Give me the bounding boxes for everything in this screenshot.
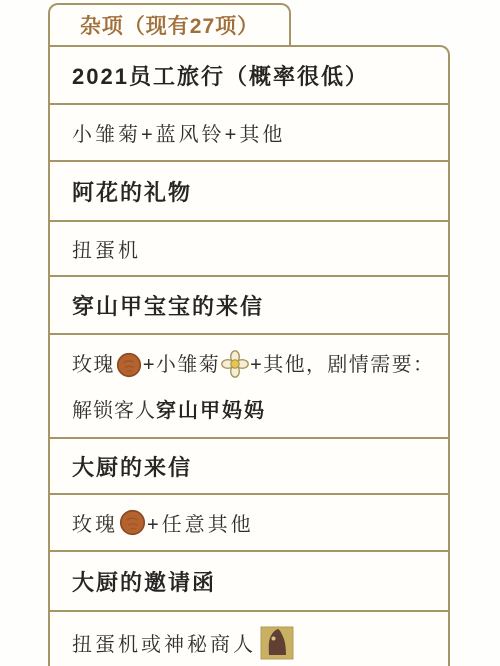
table-row: 扭蛋机	[50, 222, 448, 277]
table-row: 大厨的来信	[50, 439, 448, 495]
table-row: 玫瑰+小雏菊+其他，剧情需要：解锁客人穿山甲妈妈	[50, 335, 448, 439]
row-text: +任意其他	[147, 508, 254, 537]
table-row: 阿花的礼物	[50, 162, 448, 222]
items-table: 2021员工旅行（概率很低） 小雏菊+蓝风铃+其他 阿花的礼物 扭蛋机 穿山甲宝…	[48, 45, 450, 666]
daisy-icon	[221, 350, 249, 378]
row-text: 玫瑰	[72, 508, 118, 537]
table-row: 大厨的邀请函	[50, 552, 448, 612]
table-row: 2021员工旅行（概率很低）	[50, 47, 448, 105]
row-title: 大厨的来信	[72, 451, 192, 482]
rose-icon	[119, 509, 146, 536]
row-title: 2021员工旅行（概率很低）	[72, 60, 369, 91]
row-text-bold: 穿山甲妈妈	[156, 400, 266, 422]
row-text: 扭蛋机或神秘商人	[72, 628, 256, 657]
row-title: 大厨的邀请函	[72, 566, 216, 597]
row-text: 扭蛋机	[72, 234, 141, 263]
table-row: 扭蛋机或神秘商人	[50, 612, 448, 666]
mysterious-merchant-icon	[260, 626, 294, 660]
table-row: 穿山甲宝宝的来信	[50, 277, 448, 335]
category-tab: 杂项（现有27项）	[48, 3, 291, 45]
category-tab-title: 杂项（现有27项）	[80, 10, 259, 40]
table-row: 小雏菊+蓝风铃+其他	[50, 105, 448, 162]
row-text: 玫瑰	[72, 354, 115, 376]
row-title: 阿花的礼物	[72, 176, 192, 207]
row-title: 穿山甲宝宝的来信	[72, 290, 264, 321]
page: 杂项（现有27项） 2021员工旅行（概率很低） 小雏菊+蓝风铃+其他 阿花的礼…	[0, 0, 500, 666]
row-text: +小雏菊	[143, 354, 220, 376]
table-row: 玫瑰+任意其他	[50, 495, 448, 552]
row-text: 小雏菊+蓝风铃+其他	[72, 118, 285, 147]
rose-icon	[116, 352, 142, 378]
